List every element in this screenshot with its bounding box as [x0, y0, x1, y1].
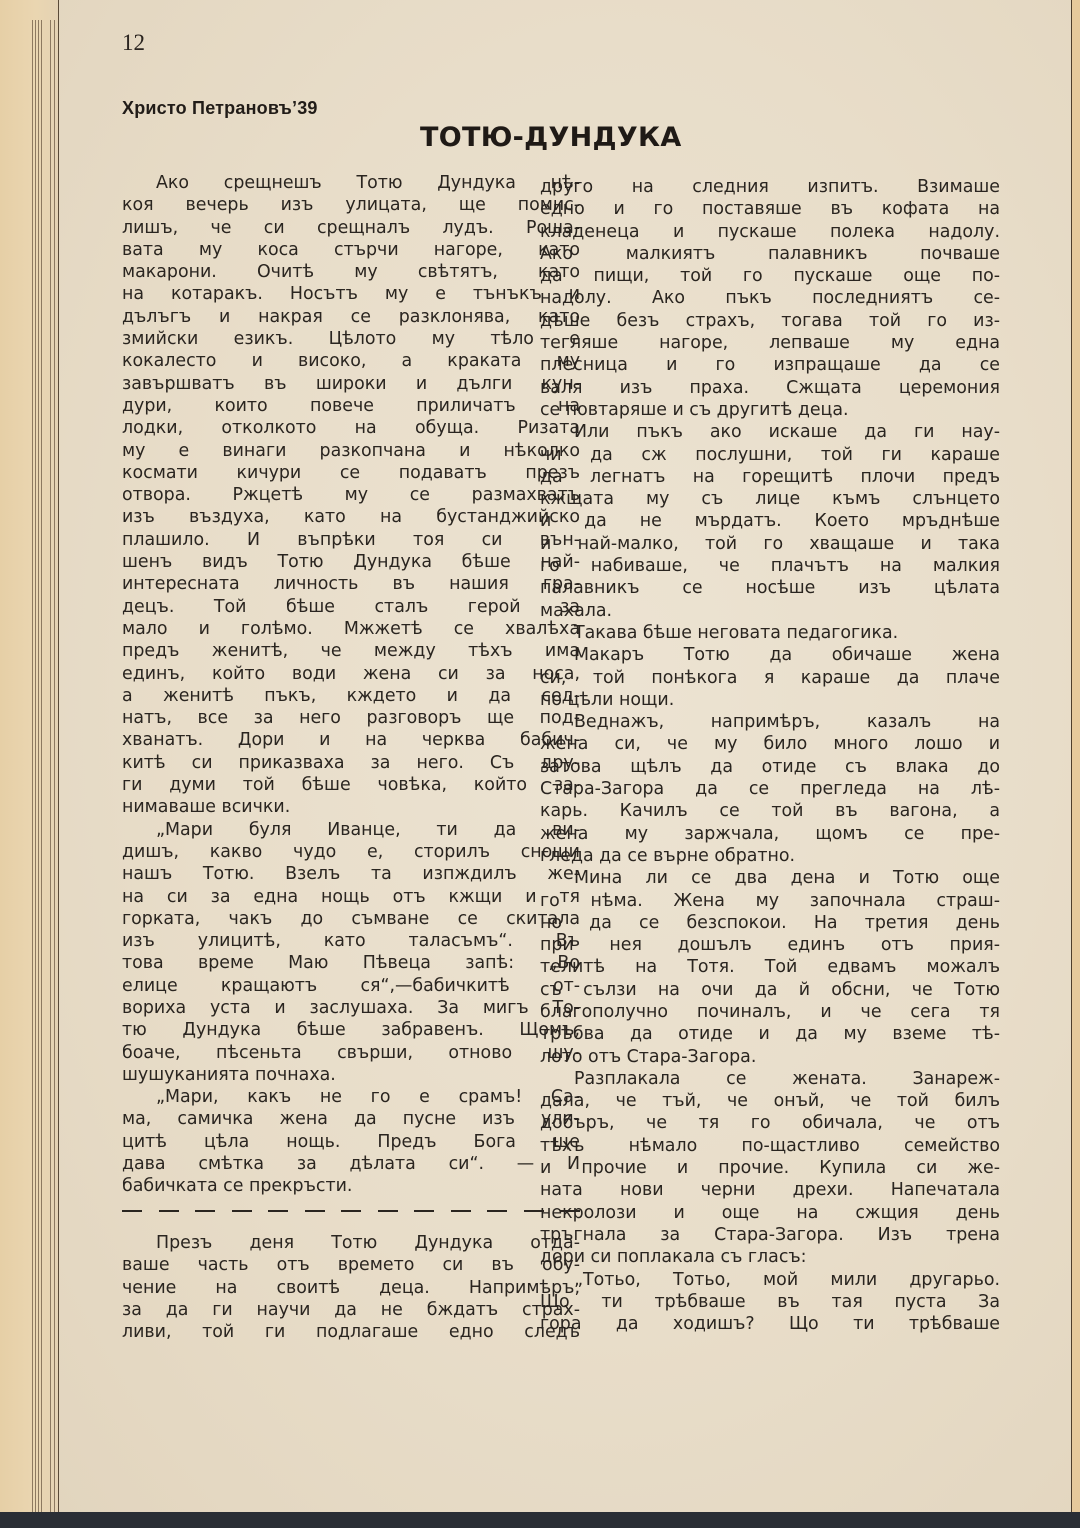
- text-line: китѣ си приказваха за него. Съ дру-: [122, 752, 580, 774]
- text-line: дава смѣтка за дѣлата си“. — И: [122, 1153, 580, 1175]
- text-line: некролози и още на сжщия день: [540, 1202, 1000, 1224]
- text-line: ната нови черни дрехи. Напечатала: [540, 1179, 1000, 1201]
- text-line: добъръ, че тя го обичала, че отъ: [540, 1112, 1000, 1134]
- text-line: единъ, който води жена си за носа,: [122, 663, 580, 685]
- text-line: ма, самичка жена да пусне изъ ули-: [122, 1108, 580, 1130]
- text-line: шенъ видъ Тотю Дундука бѣше най-: [122, 551, 580, 573]
- text-line: а женитѣ пъкъ, кждето и да сед-: [122, 685, 580, 707]
- text-line: затова щѣлъ да отиде съ влака до: [540, 756, 1000, 778]
- text-line: се повтаряше и съ другитѣ деца.: [540, 399, 1000, 421]
- text-line: изъ улицитѣ, като таласъмъ“. Въ: [122, 930, 580, 952]
- text-line: дълъгъ и накрая се разклонява, като: [122, 306, 580, 328]
- text-line: „Мари, какъ не го е срамъ! Са-: [122, 1086, 580, 1108]
- text-line: да легнатъ на горещитѣ плочи предъ: [540, 466, 1000, 488]
- text-line: хванатъ. Дори и на черква бабич-: [122, 729, 580, 751]
- text-line: Мина ли се два дена и Тотю още: [540, 867, 1000, 889]
- text-line: интересната личность въ нашия гра-: [122, 573, 580, 595]
- text-line: дишъ, какво чудо е, сторилъ снощи: [122, 841, 580, 863]
- text-line: Ако малкиятъ палавникъ почваше: [540, 243, 1000, 265]
- text-line: благополучно починалъ, и че сега тя: [540, 1001, 1000, 1023]
- text-line: вата му коса стърчи нагоре, като: [122, 239, 580, 261]
- text-line: отвора. Ржцетѣ му се размахватъ: [122, 484, 580, 506]
- text-line: на си за една нощь отъ кжщи и тя: [122, 886, 580, 908]
- text-line: съ сълзи на очи да й обсни, че Тотю: [540, 979, 1000, 1001]
- text-line: това време Маю Пѣвеца запѣ: „Во: [122, 952, 580, 974]
- text-line: плашило. И въпрѣки тоя си вън-: [122, 529, 580, 551]
- text-line: нимаваше всички.: [122, 796, 580, 818]
- text-line: макарони. Очитѣ му свѣтятъ, като: [122, 261, 580, 283]
- text-line: завършватъ въ широки и дълги кун-: [122, 373, 580, 395]
- text-line: махала.: [540, 600, 1000, 622]
- text-line: надолу. Ако пъкъ последниятъ се-: [540, 287, 1000, 309]
- text-line: го нѣма. Жена му започнала страш-: [540, 890, 1000, 912]
- text-line: при нея дошълъ единъ отъ прия-: [540, 934, 1000, 956]
- text-line: цитѣ цѣла нощь. Предъ Бога ще: [122, 1131, 580, 1153]
- text-line: коя вечерь изъ улицата, ще помис-: [122, 194, 580, 216]
- text-line: Ако срещнешъ Тотю Дундука нѣ-: [122, 172, 580, 194]
- text-line: тѣхъ нѣмало по-щастливо семейство: [540, 1135, 1000, 1157]
- text-line: предъ женитѣ, че между тѣхъ има: [122, 640, 580, 662]
- author-byline: Христо Петрановъ’39: [122, 98, 318, 119]
- section-separator-dashes: [122, 1200, 580, 1222]
- text-line: дури, които повече приличатъ на: [122, 395, 580, 417]
- text-line: дори си поплакала съ гласъ:: [540, 1246, 1000, 1268]
- text-line: Макаръ Тотю да обичаше жена: [540, 644, 1000, 666]
- text-line: нашъ Тотю. Взелъ та изпждилъ же-: [122, 863, 580, 885]
- text-line: го набиваше, че плачътъ на малкия: [540, 555, 1000, 577]
- text-line: гора да ходишъ? Що ти трѣбваше: [540, 1313, 1000, 1335]
- text-line: и най-малко, той го хващаше и така: [540, 533, 1000, 555]
- text-line: ги думи той бѣше човѣка, който за-: [122, 774, 580, 796]
- text-line: Разплакала се жената. Занареж-: [540, 1068, 1000, 1090]
- text-line: друго на следния изпитъ. Взимаше: [540, 176, 1000, 198]
- text-line: Веднажъ, напримѣръ, казалъ на: [540, 711, 1000, 733]
- text-line: Презъ деня Тотю Дундука отда-: [122, 1232, 580, 1254]
- text-line: боаче, пѣсеньта свърши, отново шу-: [122, 1042, 580, 1064]
- text-line: Що ти трѣбваше въ тая пуста За: [540, 1291, 1000, 1313]
- page-number: 12: [122, 30, 145, 56]
- left-column: Ако срещнешъ Тотю Дундука нѣ- коя вечерь…: [122, 172, 580, 1343]
- text-line: елице кращаютъ ся“,—бабичкитѣ от-: [122, 975, 580, 997]
- text-line: и прочие и прочие. Купила си же-: [540, 1157, 1000, 1179]
- text-line: шушуканията почнаха.: [122, 1064, 580, 1086]
- page-right-edge: [1071, 0, 1080, 1520]
- text-line: палавникъ се носѣше изъ цѣлата: [540, 577, 1000, 599]
- text-line: телитѣ на Тотя. Той едвамъ можалъ: [540, 956, 1000, 978]
- text-line: горката, чакъ до съмване се скитала: [122, 908, 580, 930]
- text-line: лото отъ Стара-Загора.: [540, 1046, 1000, 1068]
- text-line: чение на своитѣ деца. Напримѣръ,: [122, 1277, 580, 1299]
- article-title: ТОТЮ-ДУНДУКА: [420, 122, 682, 153]
- text-line: мало и голѣмо. Мжжетѣ се хвалѣха: [122, 618, 580, 640]
- text-line: децъ. Той бѣше сталъ герой за: [122, 596, 580, 618]
- text-line: едно и го поставяше въ кофата на: [540, 198, 1000, 220]
- text-line: „Мари буля Иванце, ти да ви-: [122, 819, 580, 841]
- text-line: лишъ, че си срещналъ лудъ. Роша-: [122, 217, 580, 239]
- text-line: чи да сж послушни, той ги караше: [540, 444, 1000, 466]
- text-line: натъ, все за него разговоръ ще под-: [122, 707, 580, 729]
- text-line: изъ въздуха, като на бустанджийско: [122, 506, 580, 528]
- text-line: тегляше нагоре, лепваше му една: [540, 332, 1000, 354]
- text-line: ливи, той ги подлагаше едно следъ: [122, 1321, 580, 1343]
- text-line: тръгнала за Стара-Загора. Изъ трена: [540, 1224, 1000, 1246]
- text-line: трѣбва да отиде и да му вземе тѣ-: [540, 1023, 1000, 1045]
- text-line: му е винаги разкопчана и нѣколко: [122, 440, 580, 462]
- text-line: Такава бѣше неговата педагогика.: [540, 622, 1000, 644]
- text-line: ваше часть отъ времето си въ обу-: [122, 1254, 580, 1276]
- text-line: но да се безспокои. На третия день: [540, 912, 1000, 934]
- text-line: валя изъ праха. Сжщата церемония: [540, 377, 1000, 399]
- text-line: лодки, отколкото на обуща. Ризата: [122, 417, 580, 439]
- text-line: вориха уста и заслушаха. За мигъ То-: [122, 997, 580, 1019]
- text-line: на котаракъ. Носътъ му е тънъкъ и: [122, 283, 580, 305]
- text-line: и да не мърдатъ. Което мръднѣше: [540, 510, 1000, 532]
- text-line: дѣше безъ страхъ, тогава той го из-: [540, 310, 1000, 332]
- right-column: друго на следния изпитъ. Взимаше едно и …: [540, 176, 1000, 1335]
- text-line: Стара-Загора да се прегледа на лѣ-: [540, 778, 1000, 800]
- scan-bottom-border: [0, 1512, 1080, 1520]
- scanned-page: 12 Христо Петрановъ’39 ТОТЮ-ДУНДУКА Ако …: [0, 0, 1080, 1520]
- text-line: жена си, че му било много лошо и: [540, 733, 1000, 755]
- text-line: „Тотьо, Тотьо, мой мили другарьо.: [540, 1269, 1000, 1291]
- text-line: да пищи, той го пускаше още по-: [540, 265, 1000, 287]
- text-line: тю Дундука бѣше забравенъ. Щомъ,: [122, 1019, 580, 1041]
- text-line: кжщата му съ лице къмъ слънцето: [540, 488, 1000, 510]
- text-line: по цѣли нощи.: [540, 689, 1000, 711]
- text-line: гледа да се върне обратно.: [540, 845, 1000, 867]
- text-line: бабичката се прекръсти.: [122, 1175, 580, 1197]
- text-line: Или пъкъ ако искаше да ги нау-: [540, 421, 1000, 443]
- text-line: змийски езикъ. Цѣлото му тѣло е: [122, 328, 580, 350]
- text-line: космати кичури се подаватъ презъ: [122, 462, 580, 484]
- text-line: карь. Качилъ се той въ вагона, а: [540, 800, 1000, 822]
- text-line: плесница и го изпращаше да се: [540, 354, 1000, 376]
- text-line: за да ги научи да не бждатъ страх-: [122, 1299, 580, 1321]
- page-stack-edges: [0, 0, 60, 1520]
- text-line: дала, че тъй, че онъй, че той билъ: [540, 1090, 1000, 1112]
- text-line: кладенеца и пускаше полека надолу.: [540, 221, 1000, 243]
- text-line: жена му заржчала, щомъ се пре-: [540, 823, 1000, 845]
- text-line: си, той понѣкога я караше да плаче: [540, 667, 1000, 689]
- text-line: кокалесто и високо, а краката му: [122, 350, 580, 372]
